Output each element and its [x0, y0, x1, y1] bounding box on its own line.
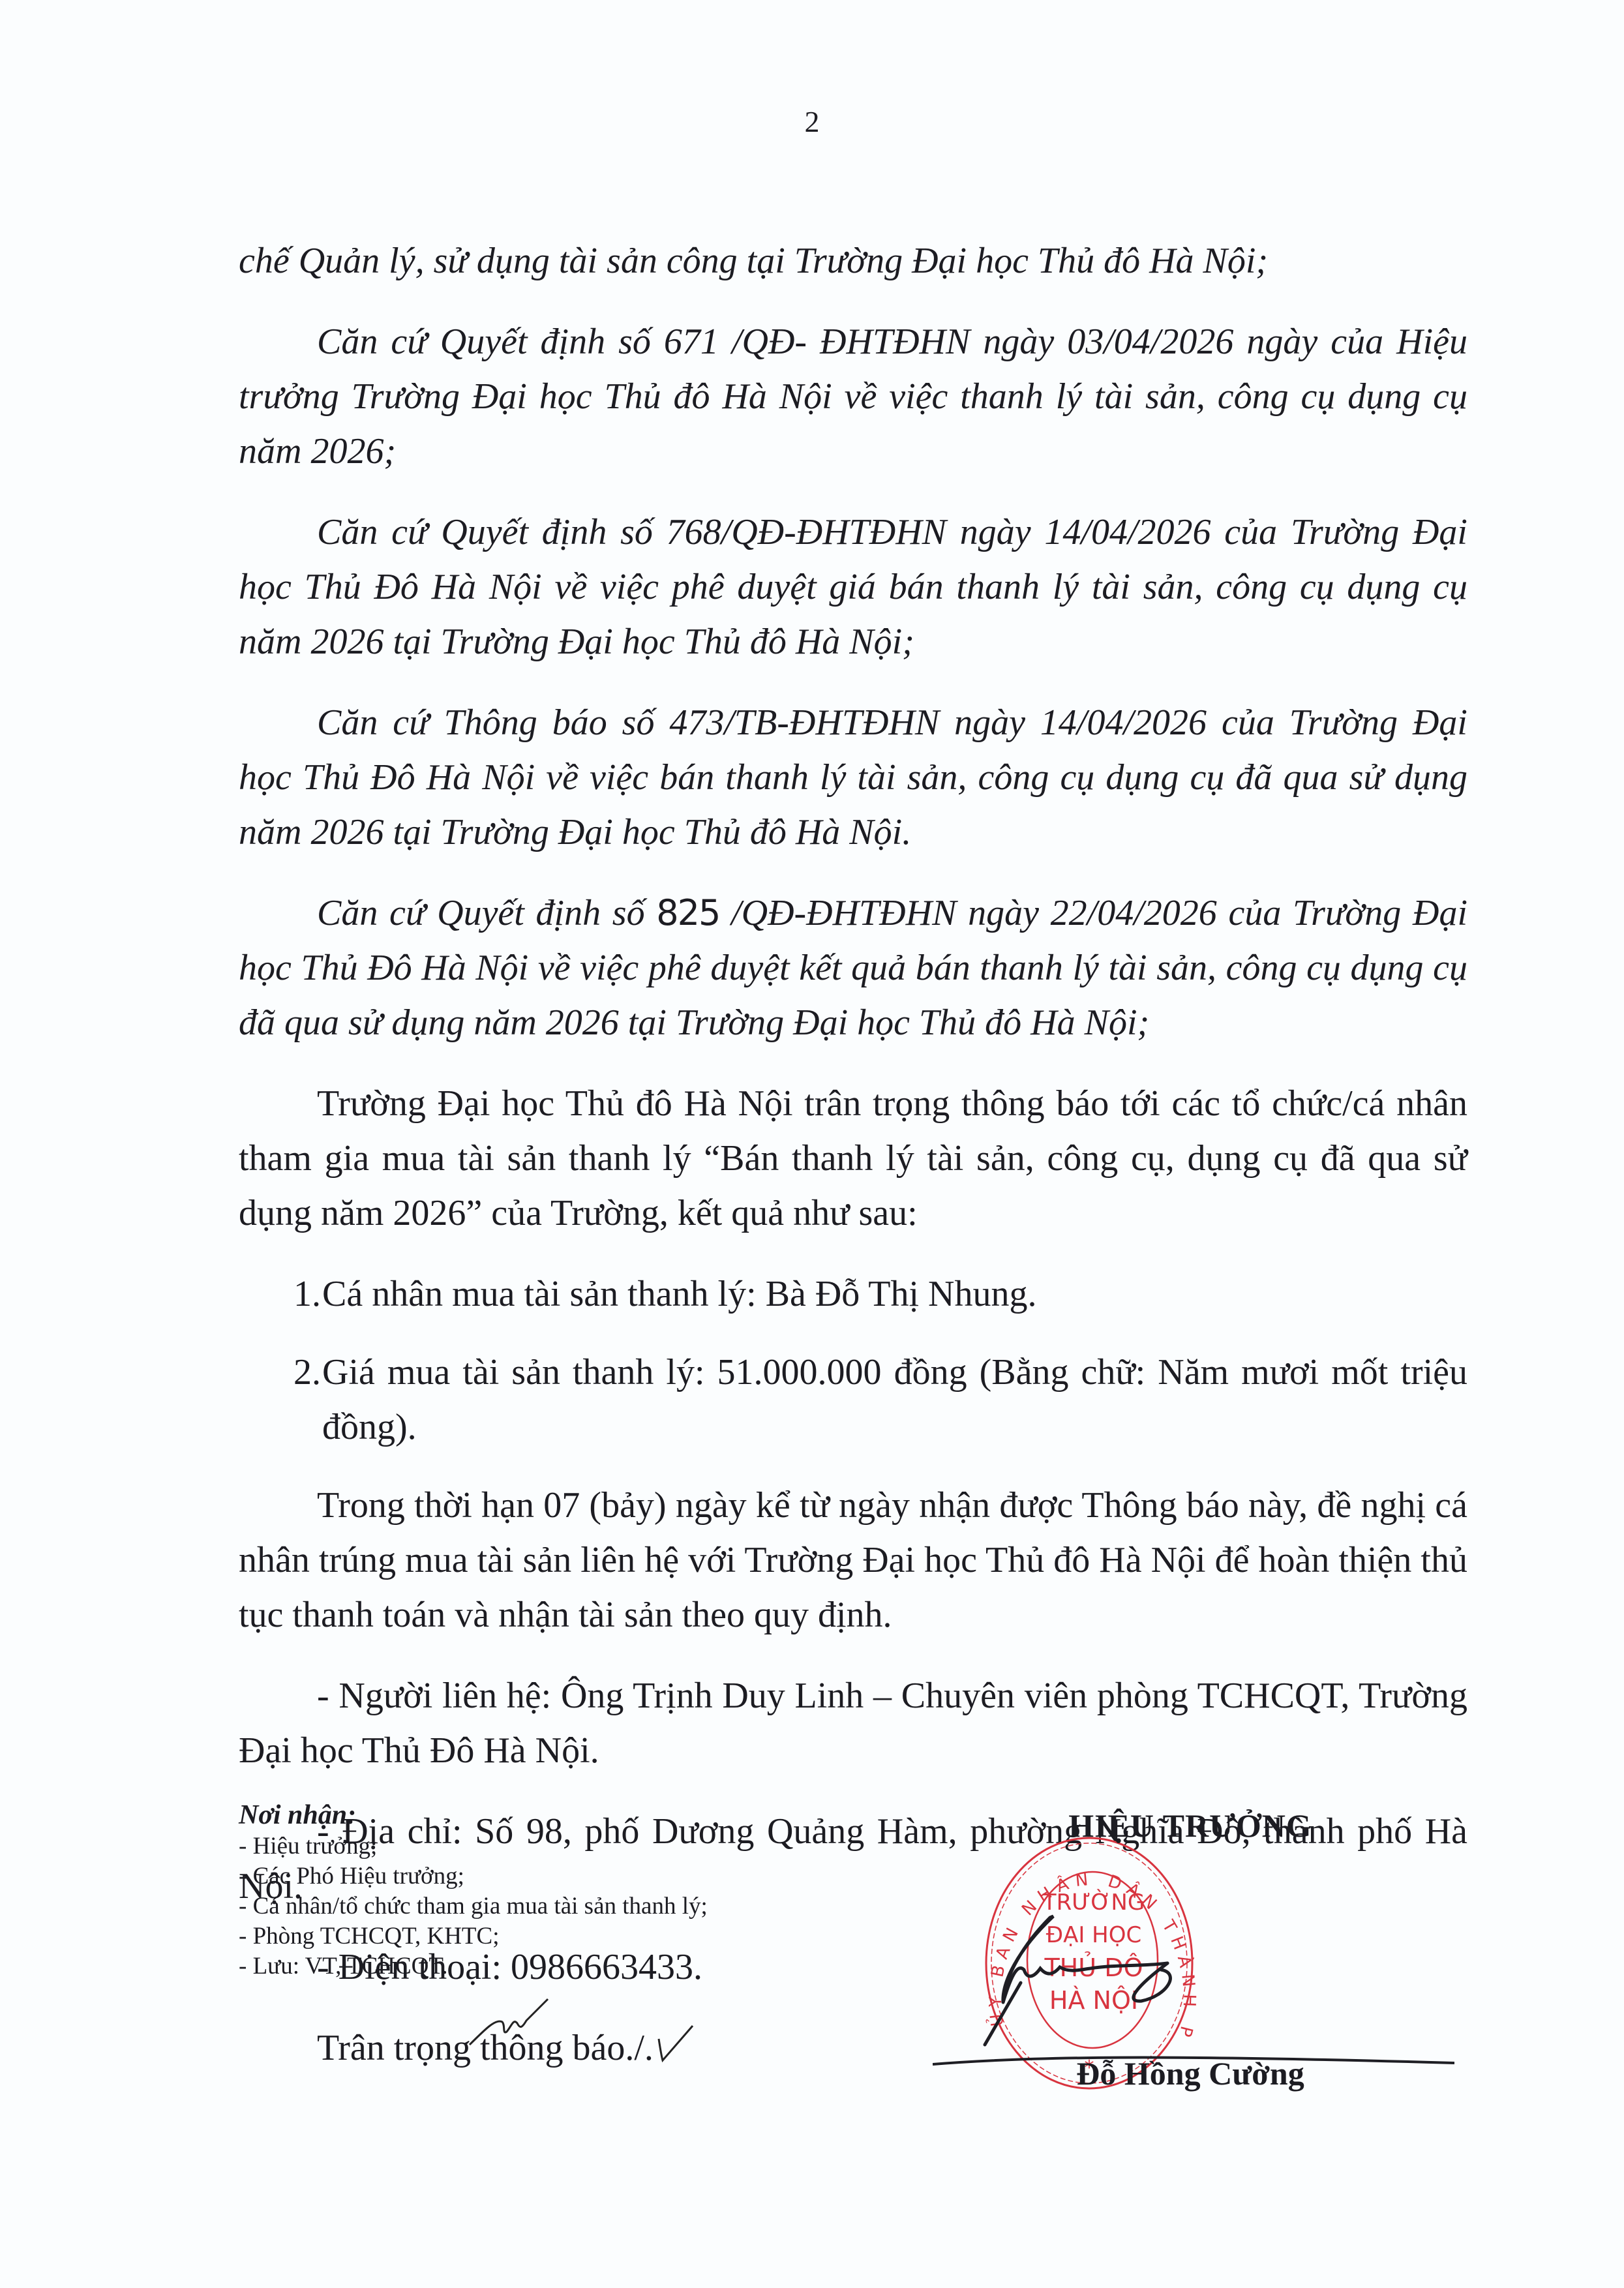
recipient-item: - Hiệu trưởng;	[239, 1831, 708, 1861]
p5-prefix: Căn cứ Quyết định số	[317, 893, 656, 933]
recipients-title: Nơi nhận:	[239, 1800, 708, 1830]
list-text: Giá mua tài sản thanh lý: 51.000.000 đồn…	[322, 1352, 1467, 1447]
announcement-paragraph: Trường Đại học Thủ đô Hà Nội trân trọng …	[239, 1076, 1467, 1241]
recipient-item: - Cá nhân/tổ chức tham gia mua tài sản t…	[239, 1891, 708, 1921]
results-list: 1.Cá nhân mua tài sản thanh lý: Bà Đỗ Th…	[239, 1267, 1467, 1454]
signature-icon	[920, 1904, 1428, 2048]
signer-block: HIỆU TRƯỞNG Đỗ Hồng Cường	[978, 1807, 1402, 1844]
deadline-paragraph: Trong thời hạn 07 (bảy) ngày kể từ ngày …	[239, 1478, 1467, 1642]
recipient-item: - Các Phó Hiệu trưởng;	[239, 1861, 708, 1891]
recipients-block: Nơi nhận: - Hiệu trưởng; - Các Phó Hiệu …	[239, 1800, 708, 1981]
legal-basis-notice-473: Căn cứ Thông báo số 473/TB-ĐHTĐHN ngày 1…	[239, 695, 1467, 860]
contact-person: - Người liên hệ: Ông Trịnh Duy Linh – Ch…	[239, 1668, 1467, 1778]
initials-mark-icon	[466, 1996, 551, 2048]
legal-basis-decision-671: Căn cứ Quyết định số 671 /QĐ- ĐHTĐHN ngà…	[239, 314, 1467, 479]
legal-basis-decision-768: Căn cứ Quyết định số 768/QĐ-ĐHTĐHN ngày …	[239, 505, 1467, 669]
legal-basis-continuation: chế Quản lý, sử dụng tài sản công tại Tr…	[239, 233, 1467, 288]
handwritten-decision-number: 825	[656, 892, 719, 933]
legal-basis-decision-825: Căn cứ Quyết định số 825 /QĐ-ĐHTĐHN ngày…	[239, 886, 1467, 1050]
list-number: 1.	[293, 1267, 321, 1321]
recipient-item: - Phòng TCHCQT, KHTC;	[239, 1921, 708, 1951]
result-item-price: 2.Giá mua tài sản thanh lý: 51.000.000 đ…	[239, 1345, 1467, 1454]
recipient-item: - Lưu: VT, TCHCQT.	[239, 1951, 708, 1981]
signer-role: HIỆU TRƯỞNG	[978, 1807, 1402, 1844]
signer-name: Đỗ Hồng Cường	[978, 2055, 1402, 2092]
result-item-buyer: 1.Cá nhân mua tài sản thanh lý: Bà Đỗ Th…	[239, 1267, 1467, 1321]
initial-check-icon	[654, 2025, 699, 2064]
list-number: 2.	[293, 1345, 321, 1400]
list-text: Cá nhân mua tài sản thanh lý: Bà Đỗ Thị …	[322, 1274, 1036, 1314]
page-number: 2	[0, 104, 1624, 139]
